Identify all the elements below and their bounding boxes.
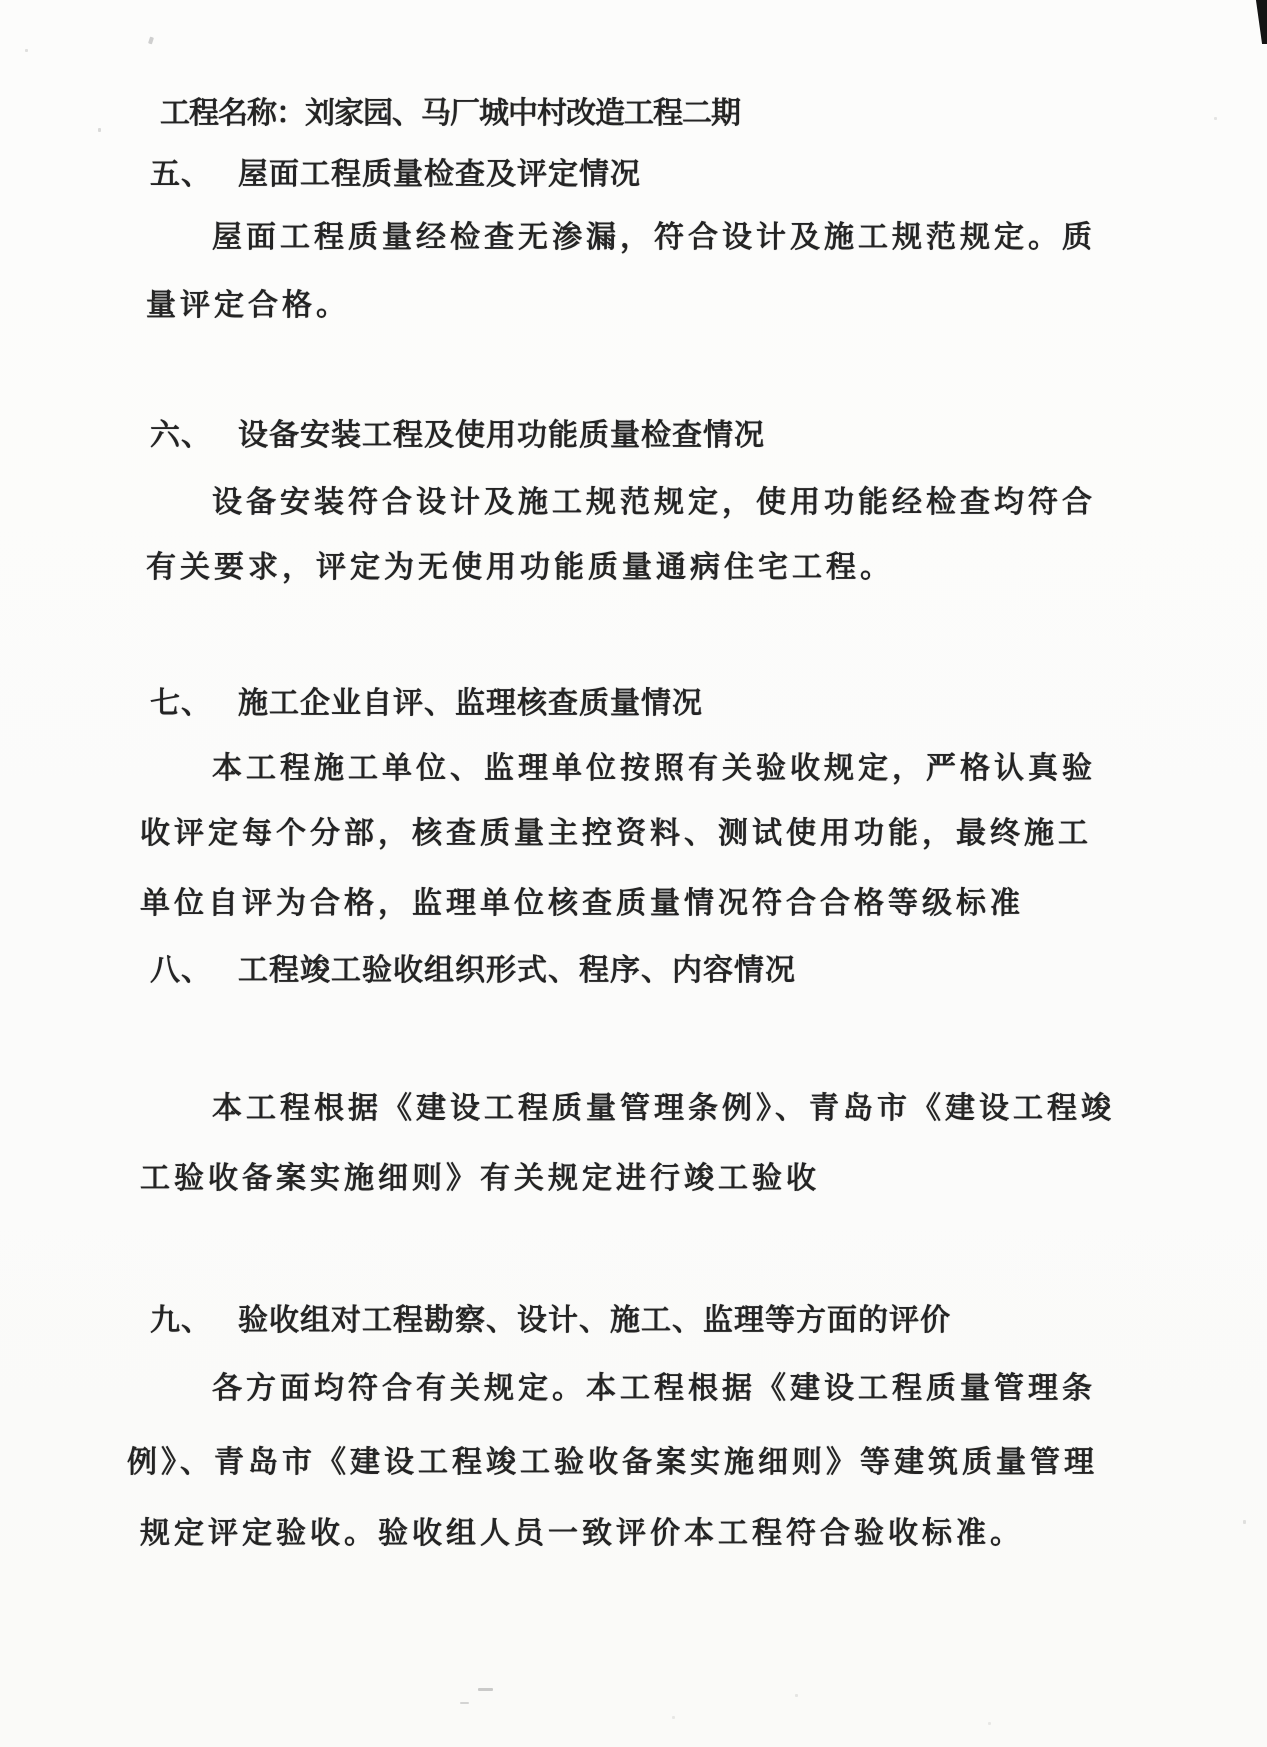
section-nine-title: 验收组对工程勘察、设计、施工、监理等方面的评价 <box>238 1304 951 1337</box>
section-eight-body-line-1: 本工程根据《建设工程质量管理条例》、青岛市《建设工程竣 <box>212 1091 1115 1127</box>
scan-speck <box>98 128 101 132</box>
section-six-body-line-2: 有关要求，评定为无使用功能质量通病住宅工程。 <box>146 550 894 586</box>
scanned-document-page: 工程名称：刘家园、马厂城中村改造工程二期 五、屋面工程质量检查及评定情况 屋面工… <box>0 0 1267 1747</box>
scan-speck <box>25 49 28 52</box>
section-seven-heading: 七、施工企业自评、监理核查质量情况 <box>150 686 703 722</box>
scan-speck <box>795 1694 798 1697</box>
section-nine-body-line-3: 规定评定验收。验收组人员一致评价本工程符合验收标准。 <box>140 1516 1024 1552</box>
section-seven-number: 七、 <box>150 686 212 722</box>
scan-speck <box>988 1722 991 1725</box>
scan-speck <box>478 1688 493 1691</box>
section-five-heading: 五、屋面工程质量检查及评定情况 <box>150 157 641 193</box>
section-six-heading: 六、设备安装工程及使用功能质量检查情况 <box>150 418 765 454</box>
section-nine-body-line-2: 例》、青岛市《建设工程竣工验收备案实施细则》等建筑质量管理 <box>127 1445 1098 1481</box>
section-five-body-line-2: 量评定合格。 <box>146 288 350 324</box>
section-seven-body-line-3: 单位自评为合格，监理单位核查质量情况符合合格等级标准 <box>140 886 1024 922</box>
scan-speck <box>1243 1520 1246 1524</box>
section-eight-heading: 八、工程竣工验收组织形式、程序、内容情况 <box>150 953 796 989</box>
section-nine-number: 九、 <box>150 1303 212 1339</box>
section-seven-title: 施工企业自评、监理核查质量情况 <box>238 687 703 720</box>
section-nine-heading: 九、验收组对工程勘察、设计、施工、监理等方面的评价 <box>150 1303 951 1339</box>
section-six-number: 六、 <box>150 418 212 454</box>
scan-speck <box>460 1702 469 1704</box>
project-name-line: 工程名称：刘家园、马厂城中村改造工程二期 <box>160 96 740 132</box>
scan-speck <box>672 1716 675 1719</box>
section-nine-body-line-1: 各方面均符合有关规定。本工程根据《建设工程质量管理条 <box>212 1371 1096 1407</box>
section-five-number: 五、 <box>150 157 212 193</box>
section-seven-body-line-1: 本工程施工单位、监理单位按照有关验收规定，严格认真验 <box>212 751 1096 787</box>
section-five-body-line-1: 屋面工程质量经检查无渗漏，符合设计及施工规范规定。质 <box>212 220 1096 256</box>
section-seven-body-line-2: 收评定每个分部，核查质量主控资料、测试使用功能，最终施工 <box>140 816 1092 852</box>
project-name-value: 刘家园、马厂城中村改造工程二期 <box>305 97 740 130</box>
scan-speck <box>148 37 154 45</box>
section-eight-body-line-2: 工验收备案实施细则》有关规定进行竣工验收 <box>140 1161 820 1197</box>
section-eight-title: 工程竣工验收组织形式、程序、内容情况 <box>238 954 796 987</box>
scan-speck <box>1214 117 1217 120</box>
section-six-body-line-1: 设备安装符合设计及施工规范规定，使用功能经检查均符合 <box>212 485 1096 521</box>
project-name-label: 工程名称： <box>160 97 305 130</box>
section-five-title: 屋面工程质量检查及评定情况 <box>238 158 641 191</box>
section-eight-number: 八、 <box>150 953 212 989</box>
scan-corner-artifact <box>1254 0 1267 44</box>
section-six-title: 设备安装工程及使用功能质量检查情况 <box>238 419 765 452</box>
